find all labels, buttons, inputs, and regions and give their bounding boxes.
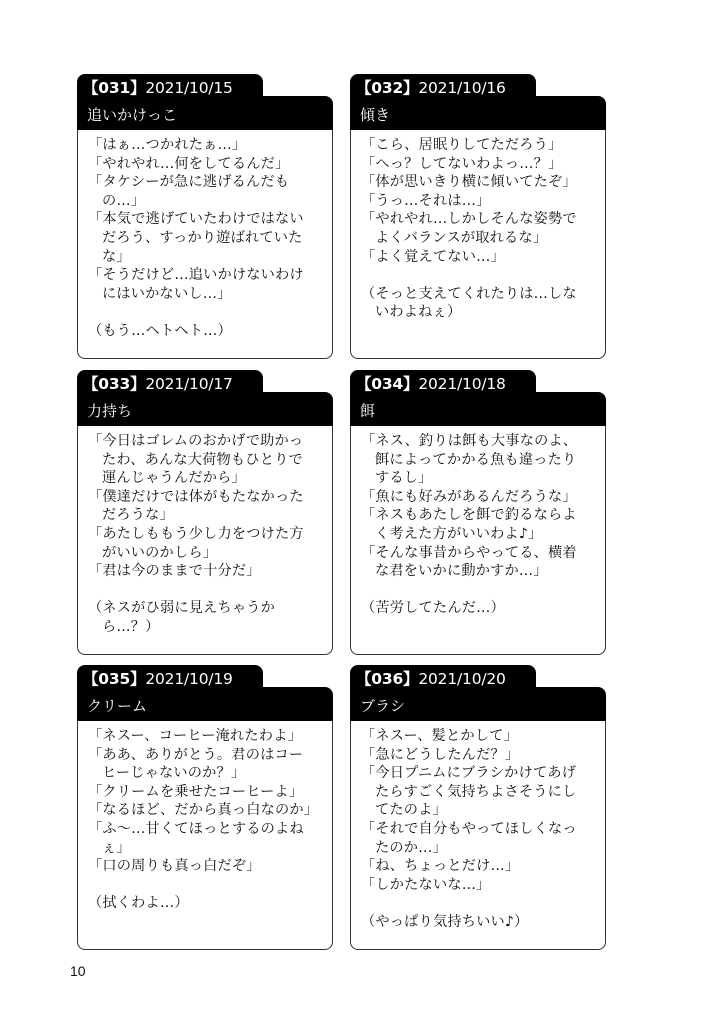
page-number: 10 <box>70 963 86 979</box>
dialogue-line: 「あたしももう少し力をつけた方 <box>88 525 326 544</box>
dialogue-line: だろう、すっかり遊ばれていた <box>88 229 326 248</box>
dialogue-line: 「ふ〜…甘くてほっとするのよね <box>88 820 326 839</box>
dialogue-line: するし」 <box>361 469 599 488</box>
entry-date: 2021/10/17 <box>145 375 232 393</box>
dialogue-line: 「そうだけど…追いかけないわけ <box>88 266 326 285</box>
dialogue-line: 「うっ…それは…」 <box>361 192 599 211</box>
dialogue-line: 「クリームを乗せたコーヒーよ」 <box>88 783 326 802</box>
dialogue-line: たのか…」 <box>361 839 599 858</box>
dialogue-line: 「ネスもあたしを餌で釣るならよ <box>361 506 599 525</box>
dialogue-line: たわ、あんな大荷物もひとりで <box>88 451 326 470</box>
card-body: 「こら、居眠りしてただろう」「へっ？してないわよっ…？」「体が思いきり横に傾いて… <box>350 130 606 359</box>
dialogue-line: 「しかたないな…」 <box>361 876 599 895</box>
dialogue-line: く考えた方がいいわよ♪」 <box>361 525 599 544</box>
dialogue-line: 「こら、居眠りしてただろう」 <box>361 136 599 155</box>
card-body: 「今日はゴレムのおかげで助かったわ、あんな大荷物もひとりで運んじゃうんだから」「… <box>77 426 333 655</box>
dialogue-line: 「よく覚えてない…」 <box>361 248 599 267</box>
dialogue-line: 「ね、ちょっとだけ…」 <box>361 857 599 876</box>
dialogue-line: ぇ」 <box>88 839 326 858</box>
entry-number: 【033】 <box>83 375 145 393</box>
dialogue-line: 「そんな事昔からやってる、横着 <box>361 544 599 563</box>
entry-number: 【036】 <box>356 670 418 688</box>
dialogue-line: （やっぱり気持ちいい♪） <box>361 913 599 932</box>
dialogue-line: 「急にどうしたんだ？」 <box>361 746 599 765</box>
card-title: 餌 <box>350 392 606 426</box>
dialogue-line: 「ネスー、コーヒー淹れたわよ」 <box>88 727 326 746</box>
card-title: ブラシ <box>350 687 606 721</box>
diary-card-034: 【034】2021/10/18 餌 「ネス、釣りは餌も大事なのよ、餌によってかか… <box>350 370 606 655</box>
dialogue-line: （苦労してたんだ…） <box>361 599 599 618</box>
dialogue-line: 「ネスー、髪とかして」 <box>361 727 599 746</box>
dialogue-line: よくバランスが取れるな」 <box>361 229 599 248</box>
dialogue-line: 「はぁ…つかれたぁ…」 <box>88 136 326 155</box>
dialogue-line: にはいかないし…」 <box>88 285 326 304</box>
dialogue-line: 餌によってかかる魚も違ったり <box>361 451 599 470</box>
dialogue-line: な君をいかに動かすか…」 <box>361 562 599 581</box>
card-title: クリーム <box>77 687 333 721</box>
dialogue-line: だろうな」 <box>88 506 326 525</box>
dialogue-line: 「タケシーが急に逃げるんだも <box>88 173 326 192</box>
entry-number: 【035】 <box>83 670 145 688</box>
dialogue-line: てたのよ」 <box>361 801 599 820</box>
dialogue-line: 「やれやれ…何をしてるんだ」 <box>88 155 326 174</box>
diary-card-033: 【033】2021/10/17 力持ち 「今日はゴレムのおかげで助かったわ、あん… <box>77 370 333 655</box>
entry-date: 2021/10/18 <box>418 375 505 393</box>
dialogue-line: 「体が思いきり横に傾いてたぞ」 <box>361 173 599 192</box>
card-body: 「ネス、釣りは餌も大事なのよ、餌によってかかる魚も違ったりするし」「魚にも好みが… <box>350 426 606 655</box>
dialogue-line: 「ああ、ありがとう。君のはコー <box>88 746 326 765</box>
blank-line <box>88 303 326 322</box>
card-title: 追いかけっこ <box>77 96 333 130</box>
dialogue-line: な」 <box>88 248 326 267</box>
card-title: 力持ち <box>77 392 333 426</box>
dialogue-line: （拭くわよ…） <box>88 894 326 913</box>
dialogue-line: ヒーじゃないのか？」 <box>88 764 326 783</box>
dialogue-line: 「ネス、釣りは餌も大事なのよ、 <box>361 432 599 451</box>
dialogue-line: 「今日はゴレムのおかげで助かっ <box>88 432 326 451</box>
dialogue-line: 「口の周りも真っ白だぞ」 <box>88 857 326 876</box>
card-body: 「ネスー、髪とかして」「急にどうしたんだ？」「今日プニムにブラシかけてあげたらす… <box>350 721 606 950</box>
dialogue-line: （もう…ヘトヘト…） <box>88 322 326 341</box>
diary-card-036: 【036】2021/10/20 ブラシ 「ネスー、髪とかして」「急にどうしたんだ… <box>350 665 606 950</box>
blank-line <box>88 581 326 600</box>
card-title: 傾き <box>350 96 606 130</box>
card-body: 「ネスー、コーヒー淹れたわよ」「ああ、ありがとう。君のはコーヒーじゃないのか？」… <box>77 721 333 950</box>
dialogue-line: いわよねぇ） <box>361 303 599 322</box>
entry-date: 2021/10/15 <box>145 79 232 97</box>
entry-date: 2021/10/20 <box>418 670 505 688</box>
blank-line <box>361 266 599 285</box>
dialogue-line: 「やれやれ…しかしそんな姿勢で <box>361 210 599 229</box>
entry-date: 2021/10/16 <box>418 79 505 97</box>
dialogue-line: 「魚にも好みがあるんだろうな」 <box>361 488 599 507</box>
dialogue-line: 「へっ？してないわよっ…？」 <box>361 155 599 174</box>
card-body: 「はぁ…つかれたぁ…」「やれやれ…何をしてるんだ」「タケシーが急に逃げるんだもの… <box>77 130 333 359</box>
entry-number: 【034】 <box>356 375 418 393</box>
dialogue-line: （そっと支えてくれたりは…しな <box>361 285 599 304</box>
dialogue-line: 「今日プニムにブラシかけてあげ <box>361 764 599 783</box>
dialogue-line: 運んじゃうんだから」 <box>88 469 326 488</box>
diary-card-032: 【032】2021/10/16 傾き 「こら、居眠りしてただろう」「へっ？してな… <box>350 74 606 359</box>
entry-number: 【032】 <box>356 79 418 97</box>
dialogue-line: の…」 <box>88 192 326 211</box>
dialogue-line: 「僕達だけでは体がもたなかった <box>88 488 326 507</box>
dialogue-line: （ネスがひ弱に見えちゃうか <box>88 599 326 618</box>
dialogue-line: 「君は今のままで十分だ」 <box>88 562 326 581</box>
dialogue-line: たらすごく気持ちよさそうにし <box>361 783 599 802</box>
entry-number: 【031】 <box>83 79 145 97</box>
diary-card-031: 【031】2021/10/15 追いかけっこ 「はぁ…つかれたぁ…」「やれやれ…… <box>77 74 333 359</box>
dialogue-line: ら…？） <box>88 618 326 637</box>
diary-card-035: 【035】2021/10/19 クリーム 「ネスー、コーヒー淹れたわよ」「ああ、… <box>77 665 333 950</box>
blank-line <box>88 876 326 895</box>
dialogue-line: 「それで自分もやってほしくなっ <box>361 820 599 839</box>
entry-date: 2021/10/19 <box>145 670 232 688</box>
blank-line <box>361 894 599 913</box>
dialogue-line: 「本気で逃げていたわけではない <box>88 210 326 229</box>
dialogue-line: がいいのかしら」 <box>88 544 326 563</box>
blank-line <box>361 581 599 600</box>
dialogue-line: 「なるほど、だから真っ白なのか」 <box>88 801 326 820</box>
